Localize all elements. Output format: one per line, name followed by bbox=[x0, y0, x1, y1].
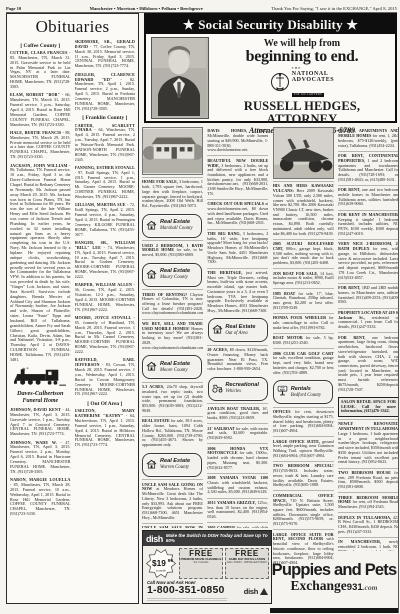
obituaries-title: Obituaries bbox=[9, 17, 136, 37]
classified-ad: TIRED OF RENTING? Clayton Homes of Colum… bbox=[142, 289, 203, 318]
classified-ad: 2006 HONDA VTX MOTORCYCLE for sale, 1300… bbox=[207, 443, 268, 472]
right-column-rule bbox=[398, 127, 399, 613]
category-badge-text: Real EstateMoore County bbox=[160, 362, 190, 373]
classified-ad: SALON RETAIL SPACE FOR LEASE. Call for m… bbox=[338, 397, 399, 417]
classified-ad-lead: BOAT MOTOR bbox=[273, 335, 303, 340]
obituary-entry: USELTON, MARY KATHERINE "KATHY" - 64, Mu… bbox=[75, 409, 136, 448]
obituary-entry: FANNING, ESTHER STOVALL - 97, Estill Spr… bbox=[75, 166, 136, 200]
dish-coupon-movies: FREE PREMIUM MOVIE CHANNELS For 3 months bbox=[179, 548, 223, 579]
badge-county-label: Maury County bbox=[160, 275, 190, 280]
classified-ad: 1985 BOAT for sale, 17', blue, Cheetah, … bbox=[273, 288, 334, 313]
funeral-home-logo: Daves-CulbertsonFuneral Home bbox=[10, 366, 71, 404]
badge-county-label: Out of Area bbox=[225, 331, 255, 336]
classified-ad-lead: FOR RENT, bbox=[338, 335, 365, 340]
classified-ad-lead: VERY NICE 2-BEDROOM, 2-BATH DUPLEX bbox=[338, 241, 399, 251]
coupon2-line2: CALL TODAY - INSTALLED TODAY! bbox=[226, 561, 268, 564]
classified-ad-lead: FOR RENT, CONTINENTAL PROPERTIES, bbox=[338, 153, 399, 163]
badge-county-label: Bedford County bbox=[291, 393, 321, 398]
obituary-name: JOHNSON, WADE W. bbox=[10, 440, 57, 445]
classified-ad: FOR RENT, CONTINENTAL PROPERTIES, 1 and … bbox=[338, 151, 399, 185]
classified-ad: DAVIS HOMES, INC., McMinnville, double w… bbox=[207, 127, 268, 155]
classified-ad-lead: JAVELIN BOAT TRAILER, bbox=[207, 406, 260, 411]
social-security-disability-ad: ★ Social Security Disability ★ We will h… bbox=[144, 13, 397, 123]
obituary-entry: ELAM, ROBERT "BOB" - 66, Manchester, TN,… bbox=[10, 93, 71, 127]
classified-ad: BOAT MOTOR for sale, 5 hp, $300. (931)25… bbox=[273, 333, 334, 348]
classified-ad: FOR RENT, one bedroom apartment, large l… bbox=[338, 332, 399, 395]
house-icon bbox=[212, 321, 223, 339]
national-advocates-text: THE NATIONAL ADVOCATES TOP 100 LAWYERS bbox=[292, 67, 335, 99]
classified-ad-lead: TWO BEDROOM SPECIAL! bbox=[273, 463, 334, 468]
obituary-name: HARPER, WILLIAM ALLEN bbox=[75, 282, 133, 287]
obituary-entry: MOORE, JOYCE STOVALL - 85, formerly of H… bbox=[75, 316, 136, 355]
category-badge-text: Real EstateMarshall County bbox=[160, 220, 193, 231]
classified-ad-lead: FOR RENT, bbox=[338, 285, 360, 290]
obituary-entry: JACKSON, JOHN WILLIAM - 86, Tullahoma, T… bbox=[10, 164, 71, 363]
classified-ad: LARGE OFFICE SUITE FOR RENT, SECOND FLOO… bbox=[273, 529, 334, 564]
classified-ad-lead: WE BUY, SELL AND TRADE USED MOBILE HOMES… bbox=[142, 321, 203, 331]
house-icon bbox=[146, 220, 157, 230]
classified-ad-lead: DUPLEX IN TULLAHOMA, bbox=[338, 515, 391, 520]
obituary-entry: CUTTER, CLARA FRANCES - 85, Manchester, … bbox=[10, 51, 71, 90]
svg-text:a month: a month bbox=[156, 568, 166, 572]
classified-column-3: HIS AND HERS KAWASAKI VULCANS: Hers 2009… bbox=[273, 127, 334, 564]
classified-ad: HOUSES, APARTMENTS AND MOBILE HOMES for … bbox=[338, 127, 399, 151]
classified-ad: THE BIG BANG, 3 bedrooms, 2 baths, 16' w… bbox=[207, 229, 268, 268]
classified-ad-lead: HONDA FOUR WHEELER bbox=[273, 315, 326, 320]
classified-ad: HONDA FOUR WHEELER for sale, camouflage … bbox=[273, 313, 334, 333]
classified-ad: OFFICES for rent, downtown Shelbyville, … bbox=[273, 407, 334, 436]
obituary-entry: ZIEGLER, CLARENCE EDWARD "ED" - 82, Manc… bbox=[75, 73, 136, 112]
obituary-name: CARTER, SCARLETT O'HARA bbox=[75, 123, 136, 133]
classified-ad: VERY NICE 2-BEDROOM, 2-BATH DUPLEX for r… bbox=[338, 239, 399, 283]
dish-logo: dish bbox=[146, 534, 163, 544]
dish-ad: dish Make the Switch to DISH Today and S… bbox=[142, 530, 272, 604]
rent-sign-icon: FORRENT bbox=[277, 383, 288, 401]
obituary-name: SKIDMORE, SR., GERALD DAVID bbox=[75, 40, 136, 49]
classified-ad-lead: BEAUTIFUL NEW DOUBLE WIDE, bbox=[207, 158, 268, 168]
national-advocates-logo: THE NATIONAL ADVOCATES TOP 100 LAWYERS bbox=[214, 67, 390, 99]
classified-ad-lead: NEWLY RENOVATED APARTMENT IN TULLAHOMA. bbox=[338, 421, 399, 431]
obituary-entry: GILLIAM, MARTHA SUE - 72, Estill Springs… bbox=[75, 203, 136, 237]
classified-ad: TWO BEDROOM SPECIAL! (931)745-8633. Incl… bbox=[273, 461, 334, 490]
obituary-entry: HANGER, SR., WILLIAM "BILL" LEE - 74, Wi… bbox=[75, 241, 136, 280]
badge-category-label: Real Estate bbox=[160, 362, 190, 368]
category-badge-text: RecreationalVehicles bbox=[225, 383, 259, 394]
classified-ad: UNCLE SAM SALE NOW IN PROGRESS AT MEADOW… bbox=[142, 523, 203, 528]
motorcycle-photo-art bbox=[273, 127, 334, 179]
category-badge-text: RentalsBedford County bbox=[291, 387, 321, 398]
classified-ad-lead: 2008 YAMAHA VSTAR 1100 bbox=[207, 475, 268, 480]
ssd-ad-body: We will help from beginning to end. THE … bbox=[146, 34, 395, 135]
house-icon bbox=[146, 456, 157, 474]
obituary-entry: HARPER, WILLIAM ALLEN - 66, Cowan, TN, A… bbox=[75, 283, 136, 312]
classified-ad: FOR RENT IN MANCHESTER. Keeping it simpl… bbox=[338, 210, 399, 239]
classified-ad-lead: UNCLE SAM SALE GOING ON NOW bbox=[142, 482, 203, 492]
obituary-entry: SKIDMORE, SR., GERALD DAVID - 77, Coffee… bbox=[75, 40, 136, 69]
retailer-triangle-icon bbox=[260, 588, 268, 595]
classified-ad: 2013 YAMAHA GRIZZLY, 125cc, less than 10… bbox=[207, 498, 268, 523]
attorney-portrait-photo bbox=[151, 37, 209, 119]
classified-ad-lead: 2005 SUZUKI BOULEVARD C50T, bbox=[273, 241, 334, 251]
classified-ad-lead: DAVIS HOMES, INC., bbox=[207, 128, 268, 133]
obituary-name: GILLIAM, MARTHA SUE bbox=[75, 202, 126, 207]
classified-ad: 2003 CAMPER for sale, with slide out, 31… bbox=[207, 522, 268, 528]
dish-footer-logo: dish bbox=[244, 587, 258, 596]
funeral-home-name-line1: Daves-Culbertson bbox=[10, 391, 71, 397]
motorcycles-photo bbox=[273, 127, 334, 181]
classified-ad-lead: CHECK OUT OUR SPECIALS bbox=[207, 201, 264, 206]
badge-county-label: Marshall County bbox=[160, 226, 193, 231]
category-badge-warren-county: Real EstateWarren County bbox=[142, 453, 202, 477]
page-number: Page 10 bbox=[6, 6, 21, 11]
obituary-name: ZIEGLER, CLARENCE EDWARD "ED" bbox=[75, 72, 136, 82]
dish-price-burst: $19 99 a month bbox=[145, 549, 177, 578]
classified-ad: 2005 SUZUKI BOULEVARD C50T, 800cc, garag… bbox=[273, 239, 334, 268]
classified-ad-lead: TWO BEDROOM HOUSE bbox=[338, 470, 391, 475]
classified-ad: HOME FOR SALE, 3 bedrooms, 1 bath, 1,793… bbox=[142, 177, 203, 211]
exchange-931: 931 bbox=[347, 582, 363, 593]
classified-ad-lead: THE HERITAGE, bbox=[207, 270, 242, 275]
obituaries-box: Obituaries [ Coffee County ]CUTTER, CLAR… bbox=[6, 13, 139, 604]
puppies-and-pets-ad: Puppies and Pets Exchange931.com bbox=[270, 561, 398, 605]
dish-ad-header: dish Make the Switch to DISH Today and S… bbox=[143, 531, 271, 546]
obituary-name: USELTON, MARY KATHERINE "KATHY" bbox=[75, 408, 136, 418]
for-rent-sign-icon: FORRENT bbox=[277, 385, 288, 396]
advocates-advocates: ADVOCATES bbox=[292, 77, 335, 83]
tractor-icon bbox=[212, 380, 223, 398]
dish-coupon-installation: FREE SAME DAY INSTALLATION CALL TODAY - … bbox=[225, 548, 269, 579]
classified-ad-lead: JON BOAT FOR SALE, bbox=[273, 271, 318, 276]
classified-ad-lead: LARGE OFFICE SUITE, bbox=[273, 439, 320, 444]
obituary-name: FANNING, ESTHER STOVALL bbox=[75, 165, 136, 170]
classified-ad: 20 ACRES, $0 down, $128/month, Owner fin… bbox=[207, 345, 268, 374]
obituary-name: JACKSON, JOHN WILLIAM bbox=[10, 163, 67, 168]
badge-county-label: Vehicles bbox=[225, 389, 259, 394]
classified-ad-lead: FOR RENT, bbox=[338, 187, 360, 192]
classified-ad: THREE BEDROOM MOBILE HOME for rent, off … bbox=[338, 492, 399, 512]
exchange-word: Exchange bbox=[291, 578, 347, 593]
classified-ad: TWO BEDROOM HOUSE for rent, 209 Fredonia… bbox=[338, 468, 399, 493]
classified-ad: 5.3 ACRES, 24x70 shop, drywall insulated… bbox=[142, 382, 203, 416]
classified-column-2: DAVIS HOMES, INC., McMinnville, double w… bbox=[207, 127, 268, 528]
category-badge-out-of-area: Real EstateOut of Area bbox=[208, 318, 268, 342]
masthead-tagline: Thank You For Saying, "I saw it in the E… bbox=[271, 6, 397, 11]
obituary-entry: NARON, MARGIE LOUELLA - 85, Manchester, … bbox=[10, 478, 71, 517]
starburst-icon: $19 99 a month bbox=[145, 549, 177, 578]
classified-ad-lead: REAL ESTATE bbox=[142, 418, 170, 423]
classified-ad-lead: IN MANCHESTER, bbox=[338, 539, 381, 544]
scales-of-justice-icon bbox=[270, 71, 290, 95]
classified-ad-lead: 2013 YAMAHA GRIZZLY, bbox=[207, 500, 256, 505]
locomotive-icon bbox=[14, 366, 66, 386]
classifieds-section: HOME FOR SALE, 3 bedrooms, 1 bath, 1,793… bbox=[142, 127, 399, 564]
category-badge-text: Real EstateMaury County bbox=[160, 269, 190, 280]
classified-ad: USED 2 BEDROOM, 1 BATH MOBILE HOME for s… bbox=[142, 240, 203, 260]
obit-county-section-header: [ Coffee County ] bbox=[10, 43, 71, 49]
classified-ad-lead: 2003 CAMPER bbox=[207, 525, 235, 528]
bottom-black-bar bbox=[270, 608, 398, 613]
dish-headline: Make the Switch to DISH Today and Save U… bbox=[166, 534, 268, 544]
badge-category-label: Real Estate bbox=[225, 325, 255, 331]
classified-ad-lead: SALON RETAIL SPACE FOR LEASE. bbox=[341, 399, 396, 409]
obituary-entry: JOHNSON, DAVID KENT - 44, Manchester, TN… bbox=[10, 408, 71, 437]
classified-ad: BEAUTIFUL NEW DOUBLE WIDE, 3 bedrooms, 2… bbox=[207, 155, 268, 199]
classified-ad-lead: LARGE OFFICE SUITE FOR RENT, SECOND FLOO… bbox=[273, 532, 334, 542]
classified-ad-lead: USED 2 BEDROOM, 1 BATH MOBILE HOME bbox=[142, 243, 203, 253]
classified-ad-lead: 2006 CLUB CAR GOLF CART bbox=[273, 351, 334, 356]
obit-county-section-header: [ Franklin County ] bbox=[75, 115, 136, 121]
classified-ad-lead: TIRED OF RENTING? bbox=[142, 292, 187, 297]
classified-column-1: HOME FOR SALE, 3 bedrooms, 1 bath, 1,793… bbox=[142, 127, 203, 528]
category-badge-text: Real EstateWarren County bbox=[160, 459, 190, 470]
classified-ad: 2006 CLUB CAR GOLF CART for sale, excell… bbox=[273, 348, 334, 377]
dish-phone-number: 1-800-351-0850 bbox=[147, 585, 225, 596]
advocates-top100-bar: TOP 100 LAWYERS bbox=[292, 93, 324, 97]
obituaries-columns: [ Coffee County ]CUTTER, CLARA FRANCES -… bbox=[9, 40, 136, 596]
classified-ad: DUPLEX IN TULLAHOMA, 423 B West Carroll … bbox=[338, 512, 399, 537]
classified-ad-lead: 2006 HONDA VTX MOTORCYCLE bbox=[207, 446, 268, 456]
classified-ad-lead: 1985 BOAT bbox=[273, 291, 296, 296]
obituary-name: NARON, MARGIE LOUELLA bbox=[10, 477, 71, 482]
dish-ad-bottom: 1-800-351-0850 dish bbox=[143, 585, 271, 597]
obituary-name: ELAM, ROBERT "BOB" bbox=[10, 92, 60, 97]
obituary-column-2: SKIDMORE, SR., GERALD DAVID - 77, Coffee… bbox=[75, 40, 136, 596]
classified-ad: NEWLY RENOVATED APARTMENT IN TULLAHOMA. … bbox=[338, 419, 399, 467]
house-icon bbox=[146, 459, 157, 469]
puppies-exchange-line: Exchange931.com bbox=[270, 579, 398, 593]
coupon1-line2: For 3 months bbox=[180, 561, 222, 564]
classified-ad-lead: 5.3 ACRES, bbox=[142, 384, 164, 389]
classified-ad: FOR RENT, 1BD and 2BD mobile homes, in M… bbox=[338, 283, 399, 308]
classified-ad: LARGE OFFICE SUITE, ground level, ample … bbox=[273, 436, 334, 461]
obituary-entry: HALE, BERTIE FRANCIS - 88, Manchester, T… bbox=[10, 131, 71, 160]
house-icon bbox=[212, 324, 223, 334]
category-badge-moore-county: Real EstateMoore County bbox=[142, 355, 202, 379]
obit-county-section-header: [ Out Of Area ] bbox=[75, 401, 136, 407]
classified-ad-lead: THE BIG BANG, bbox=[207, 231, 240, 236]
category-badge-marshall-county: Real EstateMarshall County bbox=[142, 214, 202, 238]
ssd-ad-copy: We will help from beginning to end. THE … bbox=[214, 37, 390, 135]
puppies-title: Puppies and Pets bbox=[270, 561, 398, 579]
obituary-name: HALE, BERTIE FRANCIS bbox=[10, 130, 61, 135]
classified-ad: JAVELIN BOAT TRAILER, 16', great conditi… bbox=[207, 403, 268, 423]
funeral-home-name-line2: Funeral Home bbox=[10, 398, 71, 404]
classified-ad-lead: UNCLE SAM SALE NOW IN PROGRESS AT MEADOW… bbox=[142, 525, 203, 528]
classified-ad: HIS AND HERS KAWASAKI VULCANS: Hers 2009… bbox=[273, 181, 334, 239]
classified-ad: CHECK OUT OUR SPECIALS at www.davishomes… bbox=[207, 199, 268, 228]
classified-ad-lead: OFFICES bbox=[273, 409, 291, 414]
classified-ad-lead: COMMERCIAL OFFICE SPACE, bbox=[273, 493, 334, 503]
attorney-portrait-art bbox=[152, 38, 206, 116]
badge-county-label: Moore County bbox=[160, 368, 190, 373]
newspaper-page: Page 10 Manchester • Morrison • Hillsbor… bbox=[0, 0, 400, 614]
dish-footer-logos: dish bbox=[244, 587, 268, 596]
obituary-name: MOORE, JOYCE STOVALL bbox=[75, 315, 132, 320]
ssd-ad-banner: ★ Social Security Disability ★ bbox=[146, 15, 395, 34]
dish-ad-middle: $19 99 a month FREE PREMIUM MOVIE CHANNE… bbox=[143, 546, 271, 580]
classified-ad-lead: HOME FOR SALE, bbox=[142, 179, 178, 184]
house-photo-art bbox=[142, 127, 203, 175]
classified-ad: FOR RENT, one and two bedroom mobile hom… bbox=[338, 185, 399, 210]
classified-ad: JON BOAT FOR SALE, 14 foot, includes mot… bbox=[273, 268, 334, 288]
classified-ad: 21' SAILBOAT for sale, with motor and sa… bbox=[207, 423, 268, 443]
classified-ad-lead: 21' SAILBOAT bbox=[207, 426, 234, 431]
obituary-entry: CARTER, SCARLETT O'HARA - 64, Winchester… bbox=[75, 124, 136, 163]
classified-ad-lead: HIS AND HERS KAWASAKI VULCANS: bbox=[273, 183, 334, 193]
classified-ad: PROPERTY LOCATED AT 419 S. Jackson St., … bbox=[338, 308, 399, 333]
classified-ad: WE BUY, SELL AND TRADE USED MOBILE HOMES… bbox=[142, 319, 203, 353]
house-icon bbox=[146, 358, 157, 376]
category-badge-bedford-county: FORRENTRentalsBedford County bbox=[273, 380, 333, 404]
tractor-icon bbox=[212, 383, 223, 393]
attorney-name: RUSSELL HEDGES, ATTORNEY bbox=[214, 100, 390, 126]
svg-text:$19: $19 bbox=[152, 559, 166, 568]
classified-ad: THE HERITAGE, just arrived, Must see. Tr… bbox=[207, 268, 268, 316]
obituary-name: JOHNSON, DAVID KENT bbox=[10, 407, 61, 412]
obituary-name: CUTTER, CLARA FRANCES bbox=[10, 50, 68, 55]
classified-ad-lead: FOR RENT IN MANCHESTER. bbox=[338, 212, 399, 217]
classified-ad: IN MANCHESTER, newly remodeled 2 bedroom… bbox=[338, 537, 399, 551]
classified-ad-lead: HOUSES, APARTMENTS AND MOBILE HOMES bbox=[338, 128, 399, 138]
classified-ad: REAL ESTATE for sale, 39.5 acres, older … bbox=[142, 416, 203, 450]
classified-ad-lead: PROPERTY LOCATED AT 419 S. Jackson St., bbox=[338, 310, 399, 320]
obituary-entry: JOHNSON, WADE W. - 47, Manchester, TN, A… bbox=[10, 441, 71, 475]
category-badge-vehicles: RecreationalVehicles bbox=[208, 377, 268, 401]
badge-county-label: Warren County bbox=[160, 465, 190, 470]
obituary-name: RAYFIELD, EARL JEFFERSON bbox=[75, 357, 136, 367]
dish-fine-print bbox=[147, 598, 227, 602]
obituary-name: HANGER, SR., WILLIAM "BILL" LEE bbox=[75, 240, 136, 250]
house-icon bbox=[146, 361, 157, 371]
obituary-entry: RAYFIELD, EARL JEFFERSON - 83, Cowan, TN… bbox=[75, 358, 136, 397]
house-icon bbox=[146, 266, 157, 284]
communities-list: Manchester • Morrison • Hillsboro • Pelh… bbox=[90, 6, 203, 11]
ssd-help-line2: beginning to end. bbox=[214, 49, 390, 65]
svg-text:99: 99 bbox=[168, 558, 174, 563]
category-badge-maury-county: Real EstateMaury County bbox=[142, 263, 202, 287]
classified-ad: 2008 YAMAHA VSTAR 1100 Classic with wind… bbox=[207, 473, 268, 498]
exchange-dotcom: .com bbox=[363, 583, 378, 592]
advocates-national: NATIONAL bbox=[292, 71, 335, 77]
classified-ad-lead: THREE BEDROOM MOBILE HOME bbox=[338, 495, 399, 505]
masthead: Page 10 Manchester • Morrison • Hillsbor… bbox=[6, 2, 397, 13]
house-icon bbox=[146, 269, 157, 279]
house-icon bbox=[146, 217, 157, 235]
category-badge-text: Real EstateOut of Area bbox=[225, 325, 255, 336]
classified-ad: UNCLE SAM SALE GOING ON NOW at Meadows H… bbox=[142, 479, 203, 523]
classified-ad: COMMERCIAL OFFICE SPACE, 710 N. Brittain… bbox=[273, 490, 334, 529]
classified-column-4: HOUSES, APARTMENTS AND MOBILE HOMES for … bbox=[338, 127, 399, 551]
obituary-column-1: [ Coffee County ]CUTTER, CLARA FRANCES -… bbox=[10, 40, 71, 596]
house-for-sale-photo bbox=[142, 127, 203, 177]
classified-ad-lead: 20 ACRES, bbox=[207, 347, 228, 352]
